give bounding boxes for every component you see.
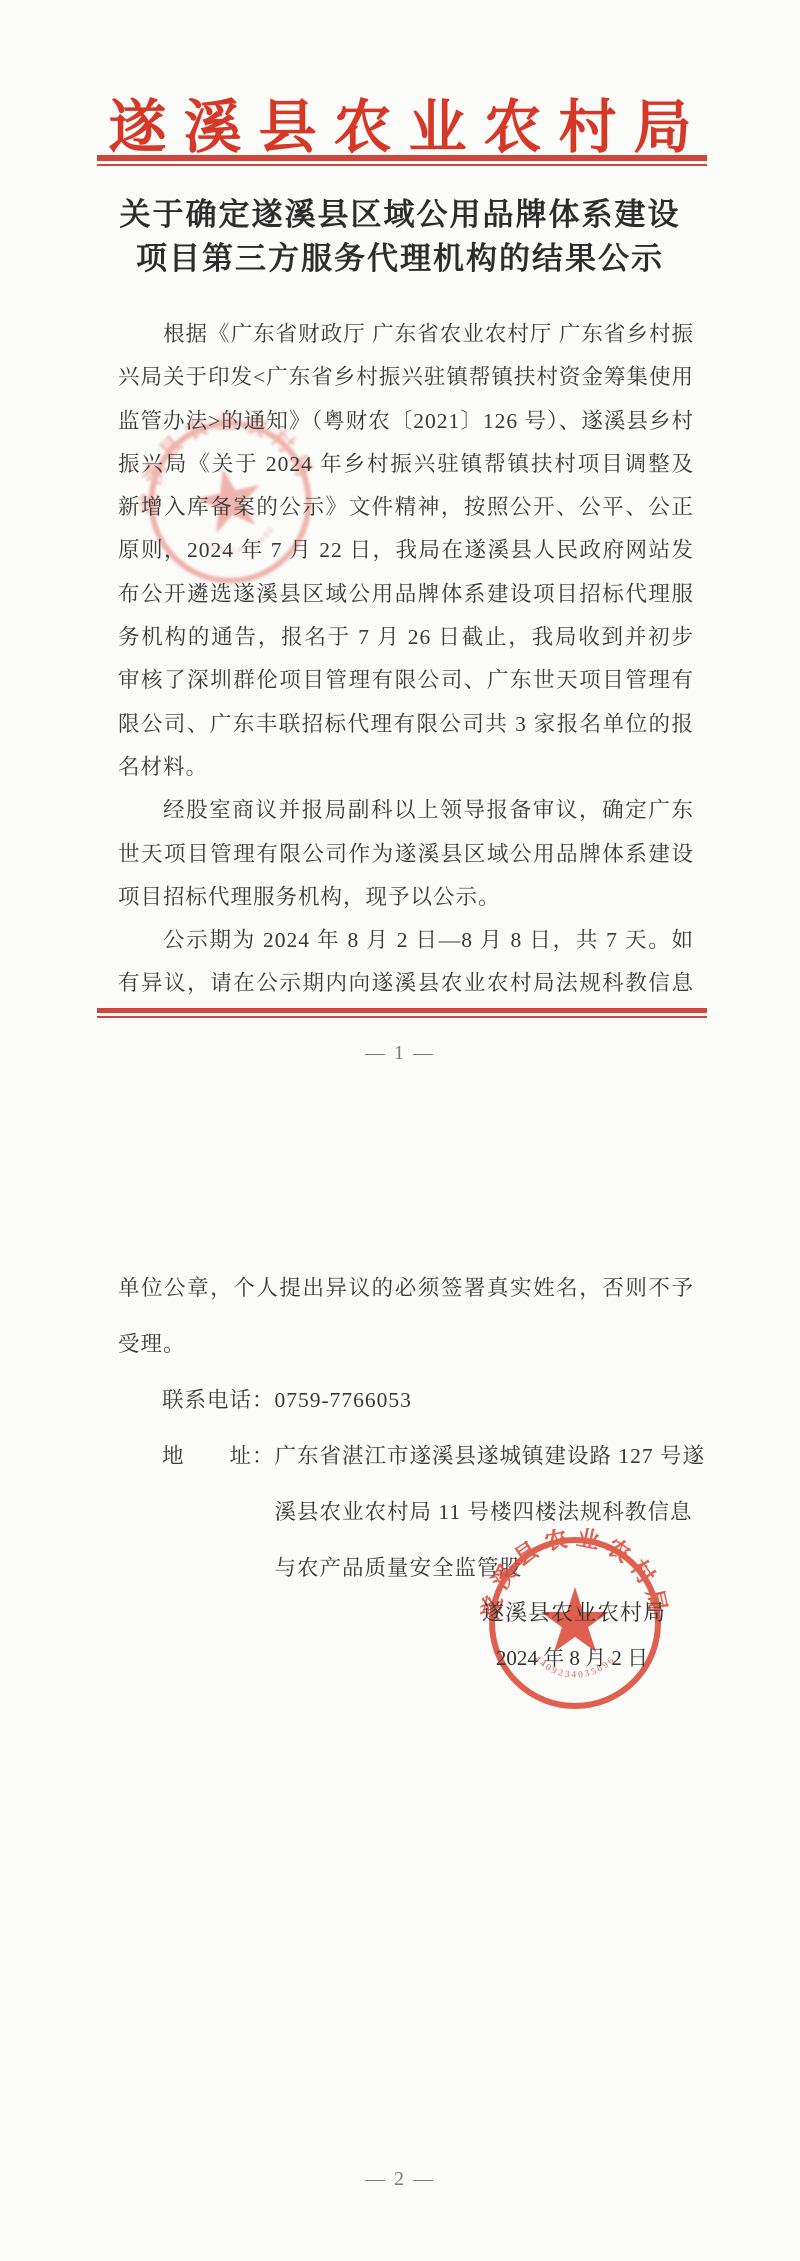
paragraph-2: 经股室商议并报局副科以上领导报备审议，确定广东世天项目管理有限公司作为遂溪县区域… [118,789,694,919]
contact-phone: 联系电话：0759-7766053 [118,1372,694,1428]
address-label: 地 址： [162,1428,275,1484]
signature-date: 2024 年 8 月 2 日 [482,1643,662,1673]
divider-thin-line [97,1016,707,1018]
divider-thick-line [97,155,707,161]
page1-body: 根据《广东省财政厅 广东省农业农村厅 广东省乡村振兴局关于印发<广东省乡村振兴驻… [118,313,694,1007]
org-header-title: 遂溪县农业农村局 [0,80,800,164]
divider-thick-line [97,1008,707,1013]
paragraph-3: 公示期为 2024 年 8 月 2 日—8 月 8 日，共 7 天。如有异议，请… [118,919,694,1007]
divider-thin-line [97,164,707,166]
footer-divider [97,1008,707,1018]
page-number-1: — 1 — [0,1042,800,1065]
document-title-line1: 关于确定遂溪县区域公用品牌体系建设 [0,193,800,237]
signature-org: 遂溪县农业农村局 [482,1598,662,1628]
page-number-2: — 2 — [0,2168,800,2191]
document-title: 关于确定遂溪县区域公用品牌体系建设 项目第三方服务代理机构的结果公示 [0,193,800,281]
document-title-line2: 项目第三方服务代理机构的结果公示 [0,237,800,281]
continuation-paragraph: 单位公章，个人提出异议的必须签署真实姓名，否则不予受理。 [118,1260,694,1372]
scanned-document: 遂溪县农业农村局 关于确定遂溪县区域公用品牌体系建设 项目第三方服务代理机构的结… [0,0,800,2261]
header-divider [97,155,707,166]
address-line-1: 广东省湛江市遂溪县遂城镇建设路 127 号遂 [275,1428,706,1484]
paragraph-1: 根据《广东省财政厅 广东省农业农村厅 广东省乡村振兴局关于印发<广东省乡村振兴驻… [118,313,694,789]
